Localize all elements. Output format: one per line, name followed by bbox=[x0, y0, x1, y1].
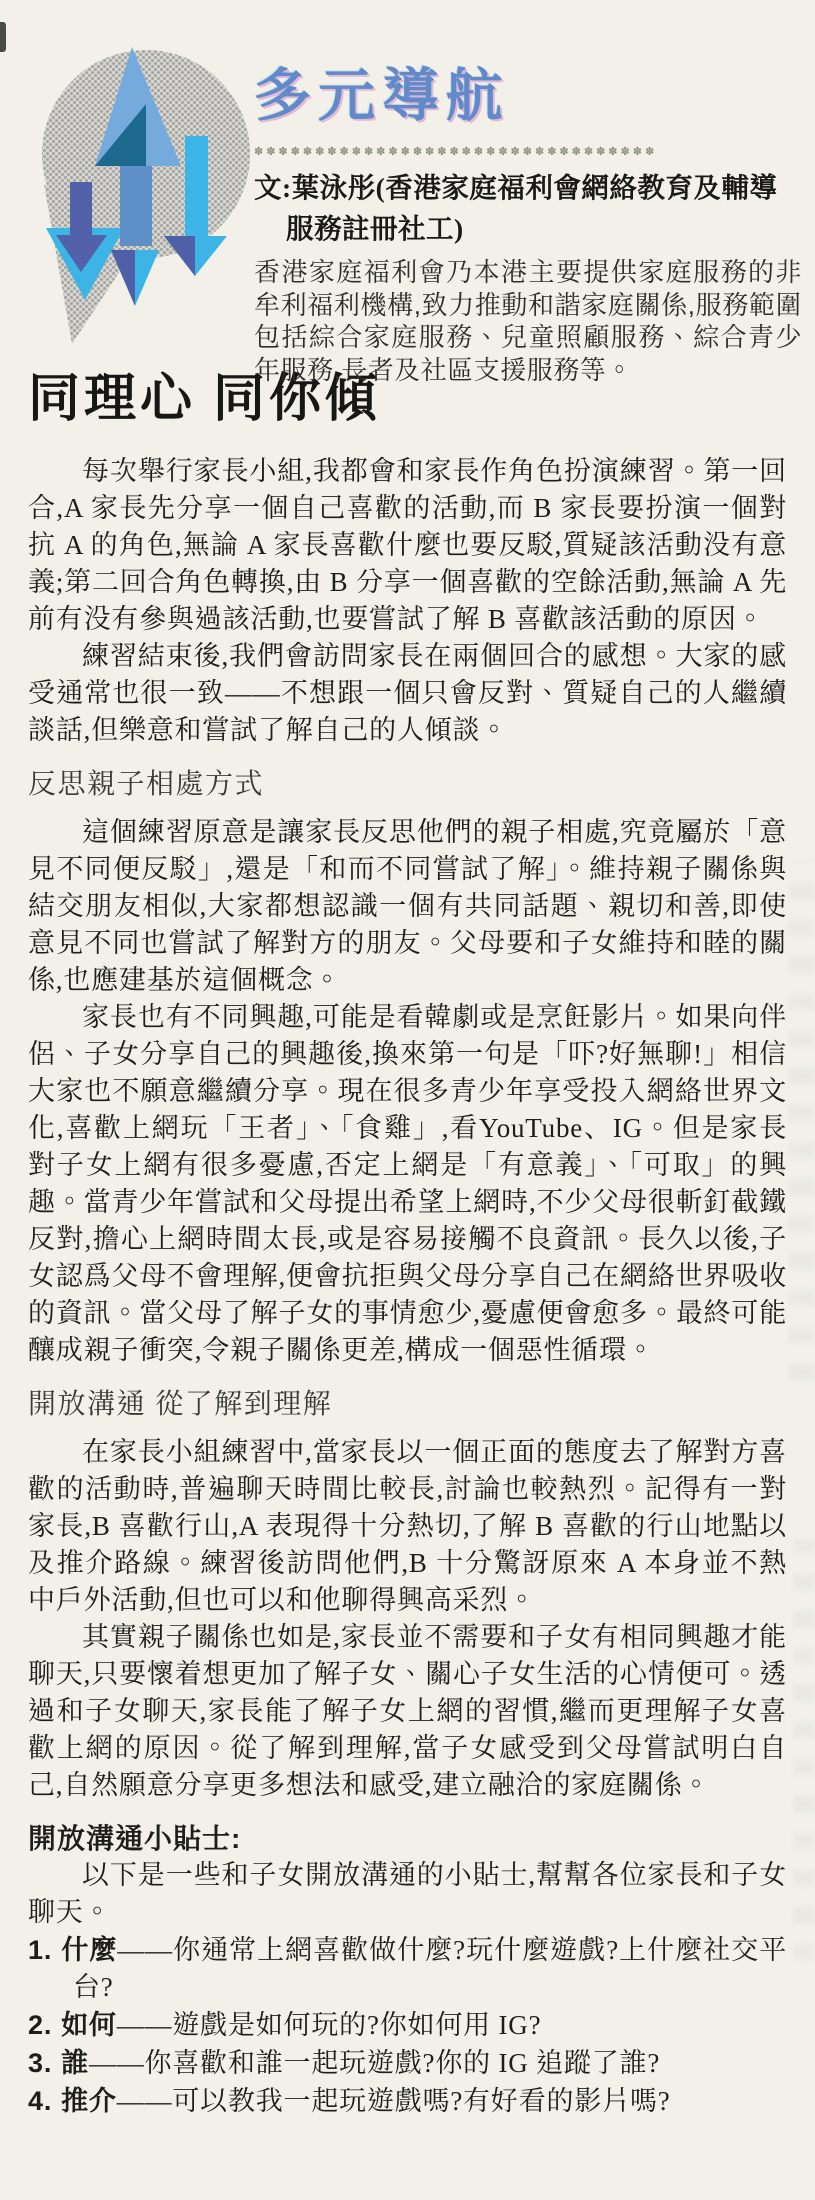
scanned-article-page: 多元導航 ✽✽✽✽✽✽✽✽✽✽✽✽✽✽✽✽✽✽✽✽✽✽✽✽✽✽✽✽✽✽✽✽✽ 文… bbox=[0, 0, 815, 2200]
tip-text: 可以教我一起玩遊戲嗎?有好看的影片嗎? bbox=[172, 2086, 670, 2116]
tip-dash: —— bbox=[89, 2048, 145, 2078]
paragraph: 練習結束後,我們會訪問家長在兩個回合的感想。大家的感受通常也很一致——不想跟一個… bbox=[28, 638, 787, 749]
paragraph: 家長也有不同興趣,可能是看韓劇或是烹飪影片。如果向伴侶、子女分享自己的興趣後,換… bbox=[28, 999, 787, 1369]
tip-keyword: 什麼 bbox=[61, 1935, 117, 1965]
tip-text: 遊戲是如何玩的?你如何用 IG? bbox=[172, 2010, 541, 2040]
tip-keyword: 如何 bbox=[61, 2010, 117, 2040]
tip-item: 1.什麼——你通常上網喜歡做什麼?玩什麼遊戲?上什麼社交平台? bbox=[28, 1932, 787, 2006]
tip-keyword: 誰 bbox=[61, 2048, 89, 2078]
paragraph: 其實親子關係也如是,家長並不需要和子女有相同興趣才能聊天,只要懷着想更加了解子女… bbox=[28, 1619, 787, 1804]
org-intro: 香港家庭福利會乃本港主要提供家庭服務的非牟利福利機構,致力推動和諧家庭關係,服務… bbox=[254, 256, 802, 386]
tip-number: 1. bbox=[28, 1935, 52, 1965]
masthead-right-column: 多元導航 ✽✽✽✽✽✽✽✽✽✽✽✽✽✽✽✽✽✽✽✽✽✽✽✽✽✽✽✽✽✽✽✽✽ 文… bbox=[254, 50, 802, 386]
tips-intro: 以下是一些和子女開放溝通的小貼士,幫幫各位家長和子女聊天。 bbox=[28, 1857, 787, 1931]
tip-number: 2. bbox=[28, 2010, 52, 2040]
tip-number: 3. bbox=[28, 2048, 52, 2078]
tip-dash: —— bbox=[117, 2010, 173, 2040]
paragraph: 每次舉行家長小組,我都會和家長作角色扮演練習。第一回合,A 家長先分享一個自己喜… bbox=[28, 453, 787, 638]
masthead: 多元導航 ✽✽✽✽✽✽✽✽✽✽✽✽✽✽✽✽✽✽✽✽✽✽✽✽✽✽✽✽✽✽✽✽✽ 文… bbox=[28, 0, 787, 342]
section-heading: 開放溝通 從了解到理解 bbox=[28, 1385, 787, 1422]
tip-dash: —— bbox=[117, 2086, 173, 2116]
tip-keyword: 推介 bbox=[61, 2086, 117, 2116]
tip-number: 4. bbox=[28, 2086, 52, 2116]
column-logo-speech-bubble-arrows-icon bbox=[40, 44, 256, 346]
column-title: 多元導航 bbox=[254, 50, 802, 132]
tip-dash: —— bbox=[117, 1935, 173, 1965]
tip-item: 3.誰——你喜歡和誰一起玩遊戲?你的 IG 追蹤了誰? bbox=[28, 2045, 787, 2082]
byline: 文:葉泳彤(香港家庭福利會網絡教育及輔導服務註冊社工) bbox=[254, 167, 802, 249]
tips-heading: 開放溝通小貼士: bbox=[28, 1820, 787, 1857]
flower-separator: ✽✽✽✽✽✽✽✽✽✽✽✽✽✽✽✽✽✽✽✽✽✽✽✽✽✽✽✽✽✽✽✽✽ bbox=[254, 145, 802, 158]
tip-item: 2.如何——遊戲是如何玩的?你如何用 IG? bbox=[28, 2007, 787, 2044]
paragraph: 在家長小組練習中,當家長以一個正面的態度去了解對方喜歡的活動時,普遍聊天時間比較… bbox=[28, 1434, 787, 1619]
tip-text: 你通常上網喜歡做什麼?玩什麼遊戲?上什麼社交平台? bbox=[73, 1935, 787, 2002]
tip-text: 你喜歡和誰一起玩遊戲?你的 IG 追蹤了誰? bbox=[145, 2048, 661, 2078]
paragraph: 這個練習原意是讓家長反思他們的親子相處,究竟屬於「意見不同便反駁」,還是「和而不… bbox=[28, 814, 787, 999]
down-arrow-purple-left-shaft bbox=[70, 182, 92, 236]
tips-list: 1.什麼——你通常上網喜歡做什麼?玩什麼遊戲?上什麼社交平台? 2.如何——遊戲… bbox=[28, 1932, 787, 2120]
article-body: 每次舉行家長小組,我都會和家長作角色扮演練習。第一回合,A 家長先分享一個自己喜… bbox=[28, 453, 787, 2120]
tip-item: 4.推介——可以教我一起玩遊戲嗎?有好看的影片嗎? bbox=[28, 2083, 787, 2120]
section-heading: 反思親子相處方式 bbox=[28, 765, 787, 802]
